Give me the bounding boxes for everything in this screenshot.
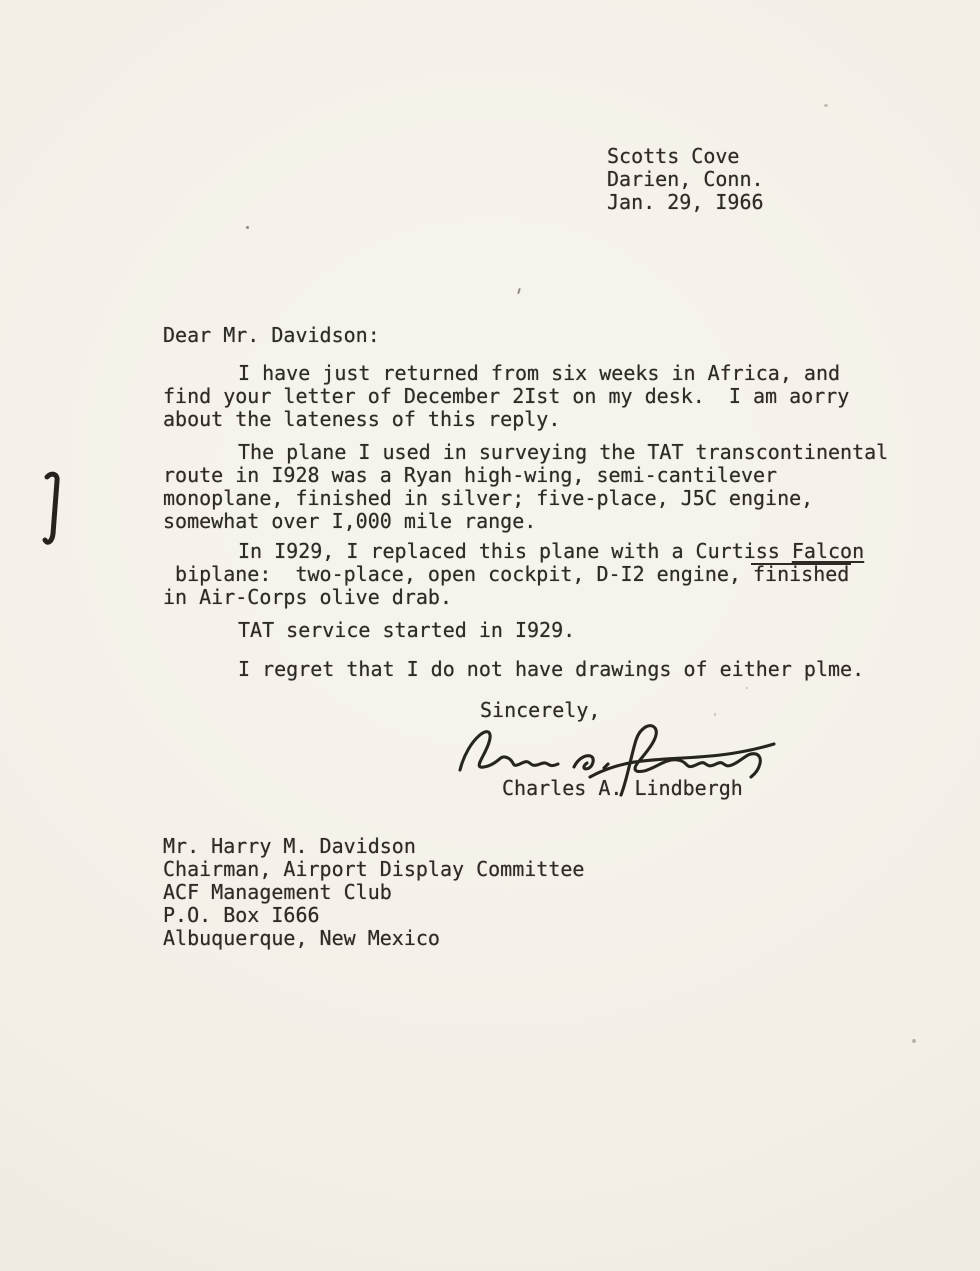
body-line: route in I928 was a Ryan high-wing, semi…: [163, 464, 888, 487]
body-line: somewhat over I,000 mile range.: [163, 510, 888, 533]
recipient-block: Mr. Harry M. Davidson Chairman, Airport …: [163, 835, 584, 950]
paragraph-3: In I929, I replaced this plane with a Cu…: [163, 540, 864, 609]
body-line: about the lateness of this reply.: [163, 408, 849, 431]
paragraph-1: I have just returned from six weeks in A…: [163, 362, 849, 431]
recipient-org-line: ACF Management Club: [163, 881, 584, 904]
paragraph-2: The plane I used in surveying the TAT tr…: [163, 441, 888, 533]
body-text: biplane: two-place, open cockpit, D-I2 e…: [163, 562, 753, 586]
typed-name: Charles A. Lindbergh: [502, 777, 743, 800]
body-line: I have just returned from six weeks in A…: [163, 362, 849, 385]
body-line: biplane: two-place, open cockpit, D-I2 e…: [163, 563, 864, 586]
sender-city-line: Darien, Conn.: [607, 168, 764, 191]
salutation: Dear Mr. Davidson:: [163, 324, 380, 347]
recipient-pobox-line: P.O. Box I666: [163, 904, 584, 927]
paper-speck: [714, 713, 716, 716]
paper-speck: [246, 226, 249, 229]
recipient-title-line: Chairman, Airport Display Committee: [163, 858, 584, 881]
recipient-name-line: Mr. Harry M. Davidson: [163, 835, 584, 858]
body-line: The plane I used in surveying the TAT tr…: [163, 441, 888, 464]
underlined-word: Falcon: [792, 539, 864, 563]
body-text: In I929, I replaced this plane with a Cu…: [238, 539, 792, 563]
body-line: find your letter of December 2Ist on my …: [163, 385, 849, 408]
paper-speck: [746, 687, 748, 689]
recipient-city-line: Albuquerque, New Mexico: [163, 927, 584, 950]
body-line: monoplane, finished in silver; five-plac…: [163, 487, 888, 510]
date-block: Scotts Cove Darien, Conn. Jan. 29, I966: [607, 145, 764, 214]
paper-speck: [824, 104, 828, 107]
letter-page: Scotts Cove Darien, Conn. Jan. 29, I966 …: [0, 0, 980, 1271]
date-line: Jan. 29, I966: [607, 191, 764, 214]
sender-location-line: Scotts Cove: [607, 145, 764, 168]
body-line: In I929, I replaced this plane with a Cu…: [163, 540, 864, 563]
body-line: in Air-Corps olive drab.: [163, 586, 864, 609]
staple-mark: [34, 468, 70, 554]
paragraph-5: I regret that I do not have drawings of …: [163, 658, 864, 681]
overlined-word: finished: [753, 562, 849, 586]
paper-speck: [517, 288, 521, 294]
paragraph-4: TAT service started in I929.: [163, 619, 575, 642]
paper-speck: [912, 1039, 916, 1043]
